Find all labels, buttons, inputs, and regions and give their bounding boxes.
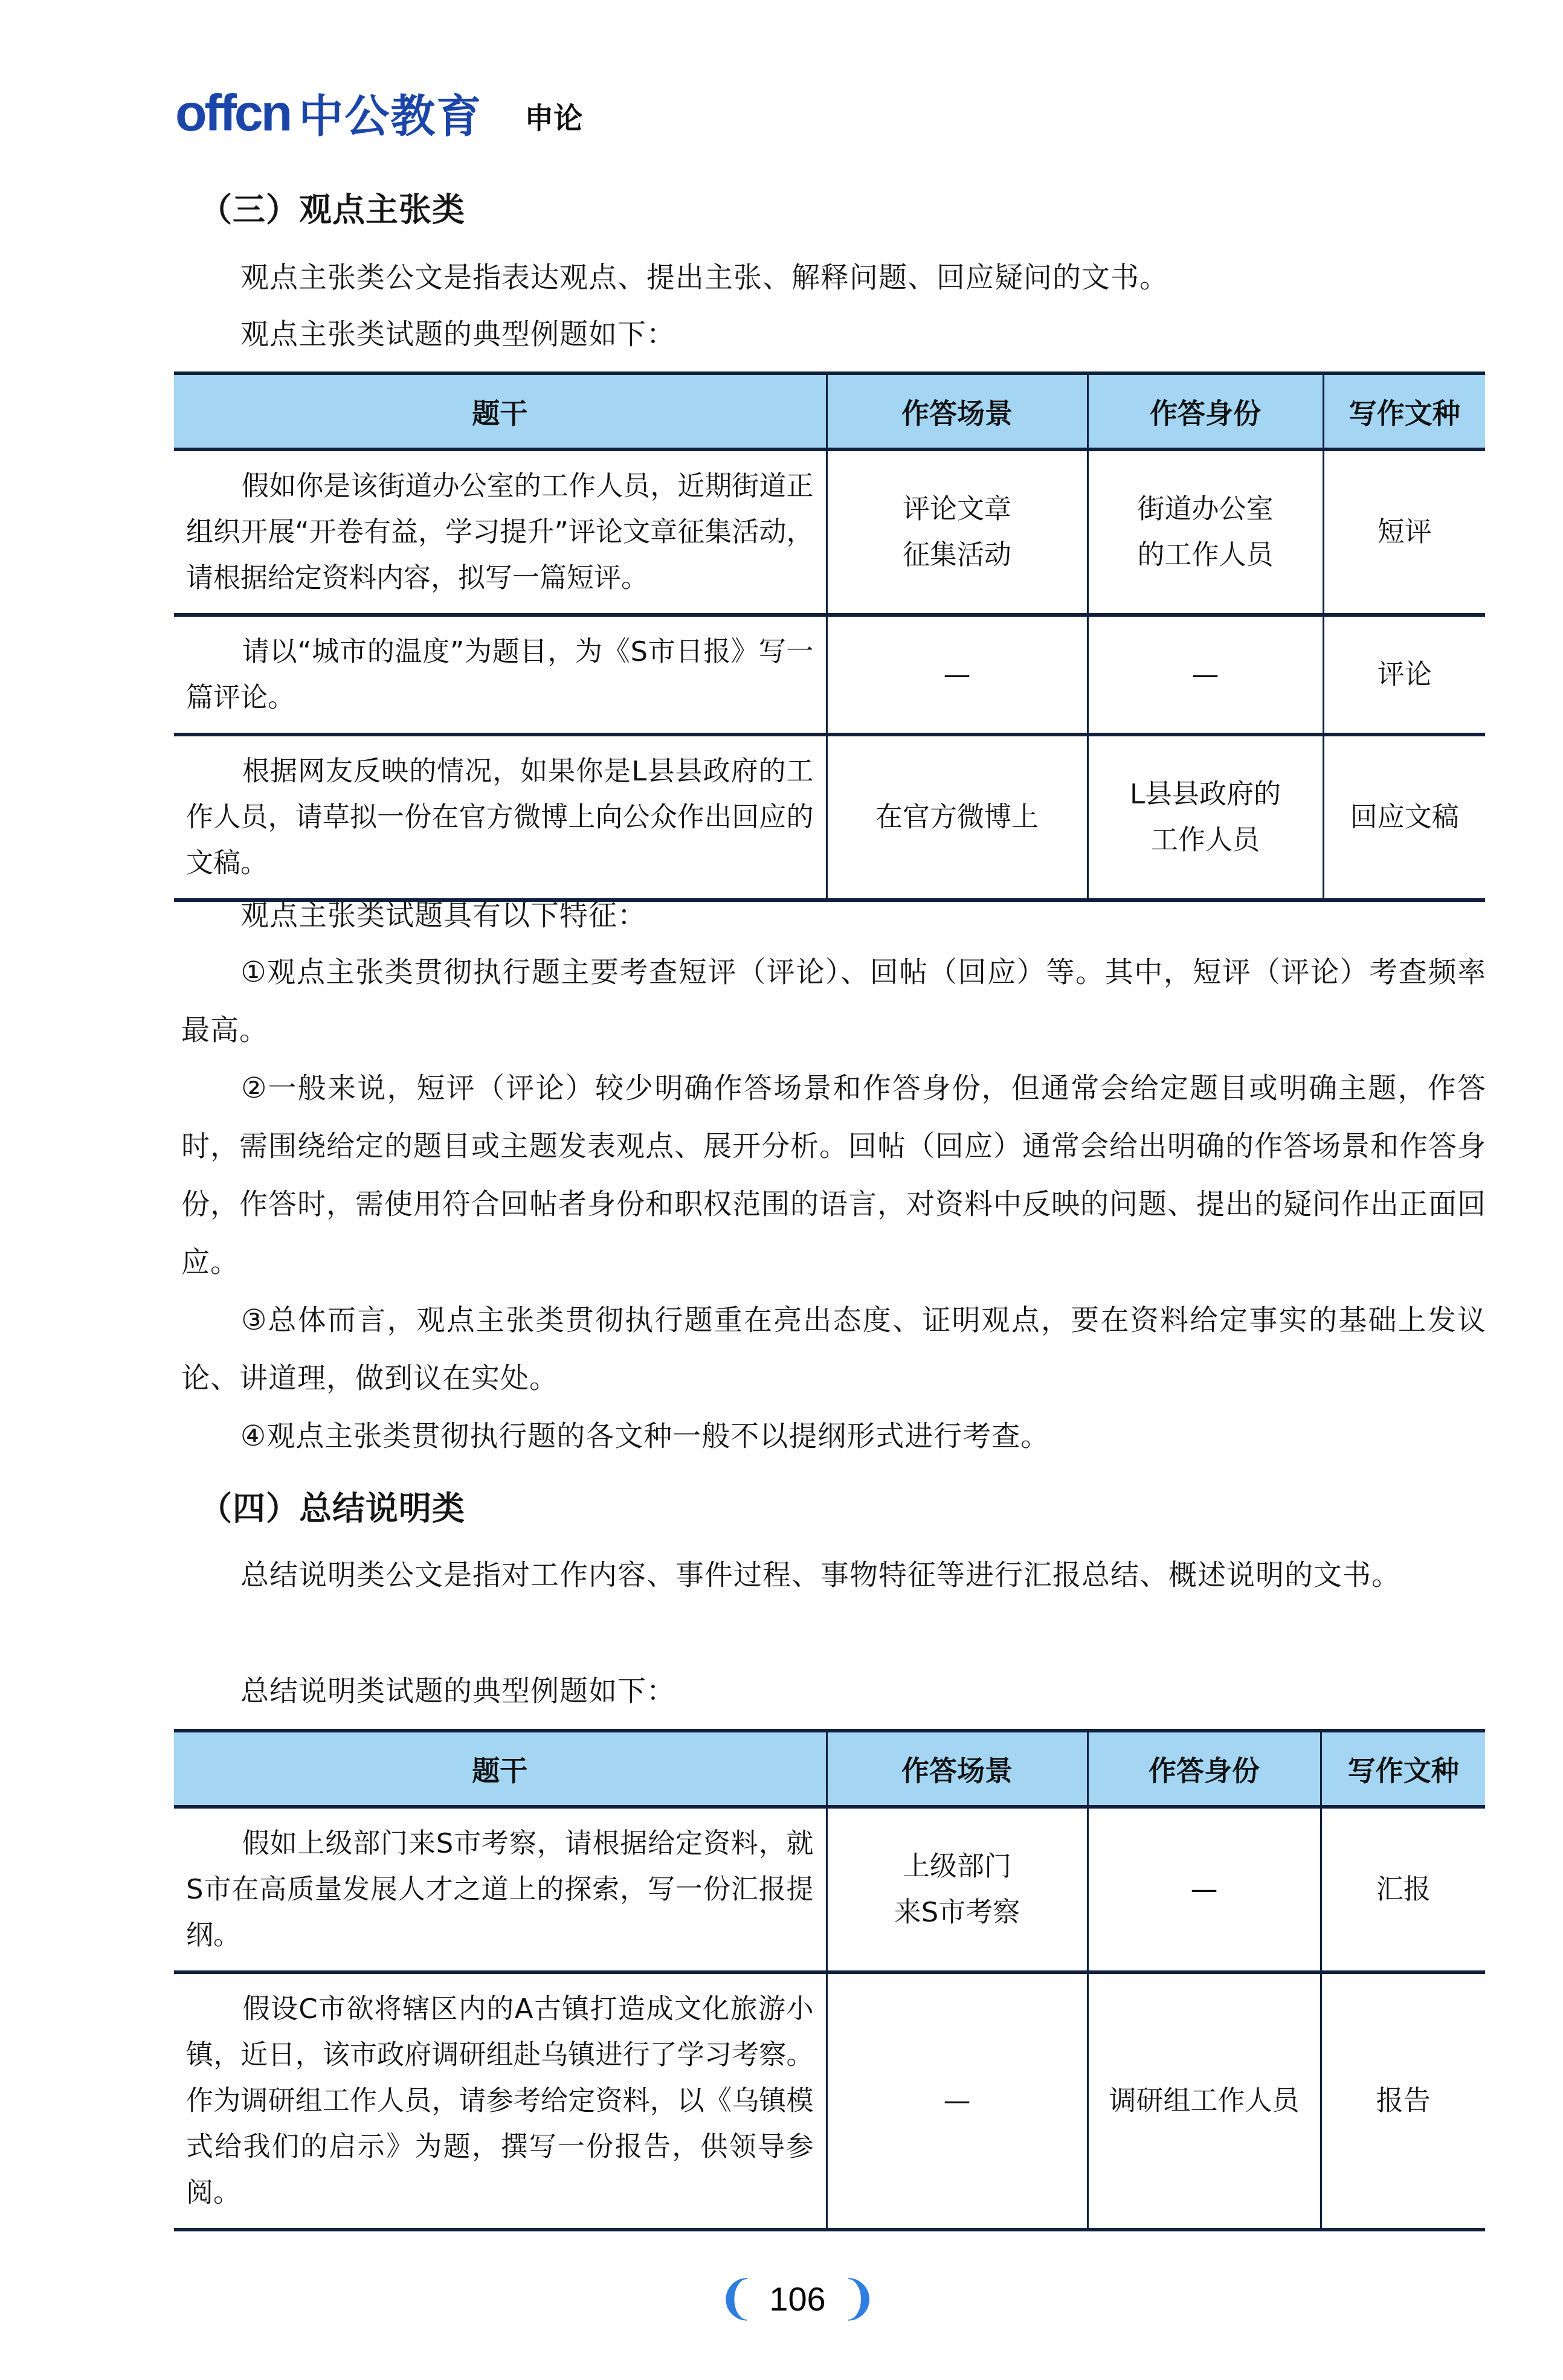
cell-stem: 假如上级部门来S市考察，请根据给定资料，就S市在高质量发展人才之道上的探索，写一…	[174, 1807, 827, 1972]
cell-scene: 上级部门来S市考察	[827, 1807, 1088, 1972]
logo-latin-text: offcn	[175, 87, 290, 139]
table-row: 假如上级部门来S市考察，请根据给定资料，就S市在高质量发展人才之道上的探索，写一…	[174, 1807, 1485, 1972]
cell-scene: —	[827, 1972, 1088, 2230]
col-header-identity: 作答身份	[1088, 1731, 1321, 1807]
cell-identity: —	[1088, 1807, 1321, 1972]
section3-intro: 观点主张类试题的典型例题如下：	[181, 306, 1486, 364]
cell-genre: 报告	[1321, 1972, 1485, 2230]
logo-chinese-text: 中公教育	[298, 94, 482, 139]
cell-identity: 街道办公室的工作人员	[1088, 449, 1323, 615]
section4-intro: 总结说明类试题的典型例题如下：	[181, 1662, 1486, 1720]
laurel-right-icon: ❩	[839, 2275, 878, 2322]
features-intro: 观点主张类试题具有以下特征：	[181, 887, 1486, 945]
col-header-genre: 写作文种	[1321, 1731, 1485, 1807]
cell-genre: 回应文稿	[1323, 735, 1485, 900]
subject-label: 申论	[524, 95, 582, 137]
cell-genre: 短评	[1323, 449, 1485, 615]
col-header-scene: 作答场景	[827, 1731, 1088, 1807]
cell-identity: —	[1088, 615, 1323, 735]
cell-genre: 评论	[1323, 615, 1485, 735]
table-row: 根据网友反映的情况，如果你是L县县政府的工作人员，请草拟一份在官方微博上向公众作…	[174, 735, 1485, 900]
col-header-identity: 作答身份	[1088, 373, 1323, 449]
cell-stem: 假如你是该街道办公室的工作人员，近期街道正组织开展“开卷有益，学习提升”评论文章…	[174, 449, 827, 615]
col-header-scene: 作答场景	[827, 373, 1088, 449]
cell-genre: 汇报	[1321, 1807, 1485, 1972]
feature-item-1: ①观点主张类贯彻执行题主要考查短评（评论）、回帖（回应）等。其中，短评（评论）考…	[181, 944, 1486, 1060]
feature-item-2: ②一般来说，短评（评论）较少明确作答场景和作答身份，但通常会给定题目或明确主题，…	[181, 1060, 1486, 1291]
page-header: offcn 中公教育 申论	[175, 72, 582, 139]
cell-scene: 评论文章征集活动	[827, 449, 1088, 615]
example-table-summary: 题干 作答场景 作答身份 写作文种 假如上级部门来S市考察，请根据给定资料，就S…	[174, 1729, 1485, 2231]
col-header-genre: 写作文种	[1323, 373, 1485, 449]
laurel-left-icon: ❨	[717, 2275, 756, 2322]
table-row: 请以“城市的温度”为题目，为《S市日报》写一篇评论。 — — 评论	[174, 615, 1485, 735]
cell-scene: —	[827, 615, 1088, 735]
section3-definition: 观点主张类公文是指表达观点、提出主张、解释问题、回应疑问的文书。	[181, 249, 1486, 307]
section-heading-4: （四）总结说明类	[199, 1483, 465, 1529]
cell-stem: 根据网友反映的情况，如果你是L县县政府的工作人员，请草拟一份在官方微博上向公众作…	[174, 735, 827, 900]
cell-identity: 调研组工作人员	[1088, 1972, 1321, 2230]
col-header-stem: 题干	[174, 373, 827, 449]
example-table-viewpoint: 题干 作答场景 作答身份 写作文种 假如你是该街道办公室的工作人员，近期街道正组…	[174, 371, 1485, 902]
page-number: 106	[769, 2279, 825, 2318]
section-heading-3: （三）观点主张类	[199, 184, 465, 231]
feature-item-3: ③总体而言，观点主张类贯彻执行题重在亮出态度、证明观点，要在资料给定事实的基础上…	[181, 1291, 1486, 1407]
section4-definition: 总结说明类公文是指对工作内容、事件过程、事物特征等进行汇报总结、概述说明的文书。	[181, 1546, 1486, 1604]
table-header-row: 题干 作答场景 作答身份 写作文种	[174, 1731, 1485, 1807]
cell-identity: L县县政府的工作人员	[1088, 735, 1323, 900]
table-row: 假设C市欲将辖区内的A古镇打造成文化旅游小镇，近日，该市政府调研组赴乌镇进行了学…	[174, 1972, 1485, 2230]
col-header-stem: 题干	[174, 1731, 827, 1807]
feature-item-4: ④观点主张类贯彻执行题的各文种一般不以提纲形式进行考查。	[181, 1407, 1486, 1465]
page-number-badge: ❨ 106 ❩	[737, 2271, 858, 2326]
table-header-row: 题干 作答场景 作答身份 写作文种	[174, 373, 1485, 449]
table-row: 假如你是该街道办公室的工作人员，近期街道正组织开展“开卷有益，学习提升”评论文章…	[174, 449, 1485, 615]
offcn-logo: offcn 中公教育	[175, 87, 482, 139]
cell-stem: 假设C市欲将辖区内的A古镇打造成文化旅游小镇，近日，该市政府调研组赴乌镇进行了学…	[174, 1972, 827, 2230]
cell-stem: 请以“城市的温度”为题目，为《S市日报》写一篇评论。	[174, 615, 827, 735]
cell-scene: 在官方微博上	[827, 735, 1088, 900]
